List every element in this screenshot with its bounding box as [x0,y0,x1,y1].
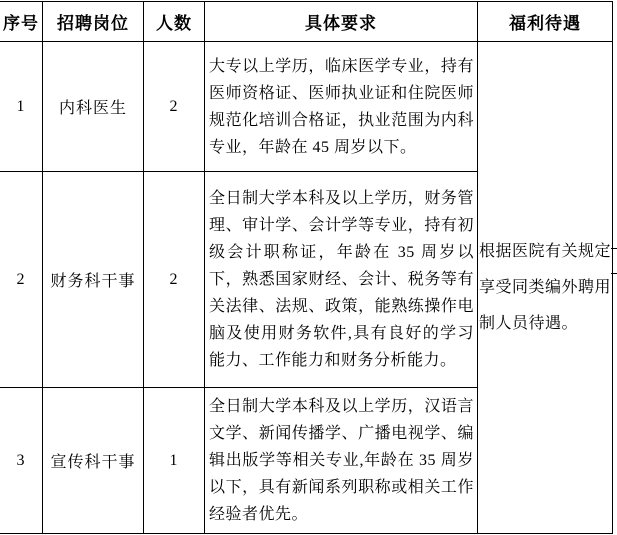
table-row: 1 内科医生 2 大专以上学历，临床医学专业，持有医师资格证、医师执业证和住院医… [0,42,613,172]
row3-seq: 3 [0,388,43,534]
row3-count: 1 [144,388,205,534]
row1-count: 2 [144,42,205,172]
row1-seq: 1 [0,42,43,172]
header-requirements: 具体要求 [205,2,478,42]
header-benefits: 福利待遇 [478,2,613,42]
header-position: 招聘岗位 [43,2,144,42]
clipped-column-border-fragment [611,273,617,274]
row2-count: 2 [144,172,205,388]
row2-seq: 2 [0,172,43,388]
row2-position: 财务科干事 [43,172,144,388]
row1-requirements: 大专以上学历，临床医学专业，持有医师资格证、医师执业证和住院医师规范化培训合格证… [205,42,478,172]
header-count: 人数 [144,2,205,42]
row1-position: 内科医生 [43,42,144,172]
recruitment-document-page: 序号 招聘岗位 人数 具体要求 福利待遇 1 内科医生 2 大专以上学历，临床医… [0,0,617,535]
header-seq: 序号 [0,2,43,42]
clipped-column-border-fragment [611,248,617,249]
header-row: 序号 招聘岗位 人数 具体要求 福利待遇 [0,2,613,42]
row2-requirements: 全日制大学本科及以上学历，财务管理、审计学、会计学等专业，持有初级会计职称证，年… [205,172,478,388]
benefits-merged-cell: 根据医院有关规定享受同类编外聘用制人员待遇。 [478,42,613,534]
row3-requirements: 全日制大学本科及以上学历，汉语言文学、新闻传播学、广播电视学、编辑出版学等相关专… [205,388,478,534]
row3-position: 宣传科干事 [43,388,144,534]
recruitment-table: 序号 招聘岗位 人数 具体要求 福利待遇 1 内科医生 2 大专以上学历，临床医… [0,1,613,534]
